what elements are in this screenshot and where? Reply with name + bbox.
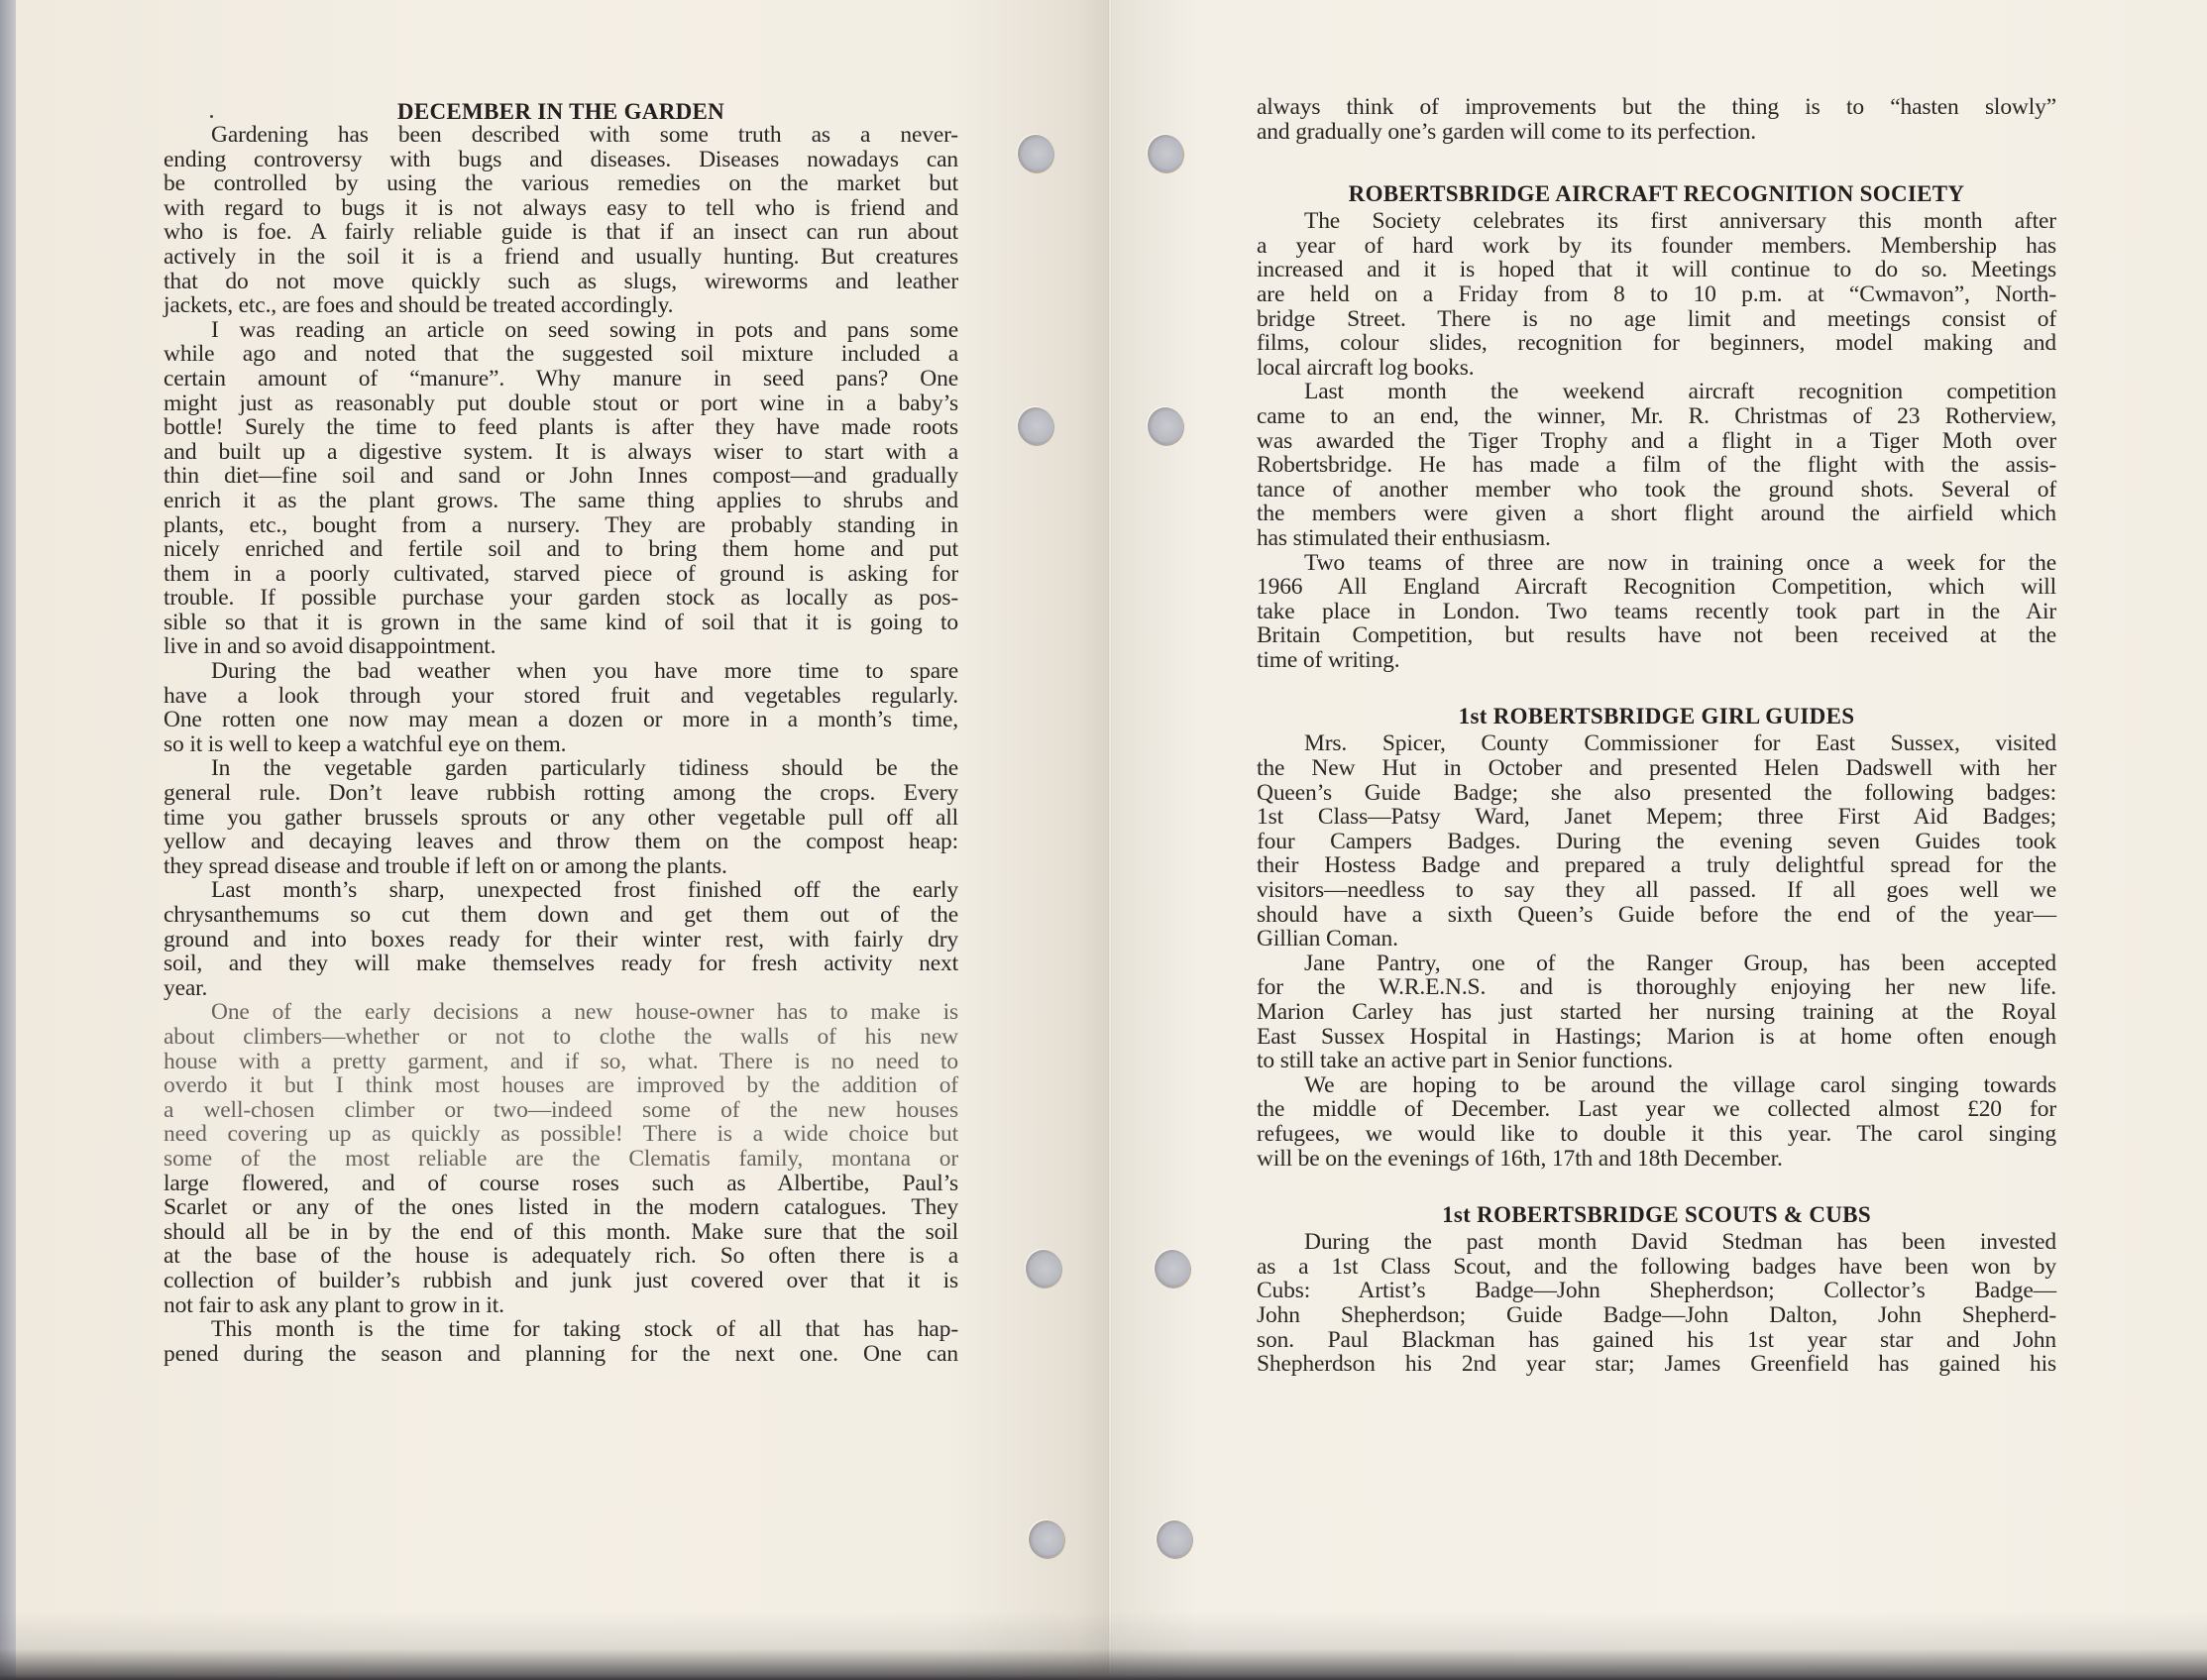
text-line: chrysanthemums so cut them down and get … xyxy=(164,903,958,928)
text-line: time you gather brussels sprouts or any … xyxy=(164,806,958,831)
text-line: 1966 All England Aircraft Recognition Co… xyxy=(1257,575,2056,600)
section-heading: 1st ROBERTSBRIDGE SCOUTS & CUBS xyxy=(1257,1200,2056,1230)
text-line: refugees, we would like to double it thi… xyxy=(1257,1122,2056,1147)
binder-hole-icon xyxy=(1148,135,1183,172)
text-line: pened during the season and planning for… xyxy=(164,1342,958,1367)
paragraph: During the past month David Stedman has … xyxy=(1257,1230,2056,1377)
text-line: should have a sixth Queen’s Guide before… xyxy=(1257,903,2056,928)
text-line: collection of builder’s rubbish and junk… xyxy=(164,1269,958,1293)
text-line: house with a pretty garment, and if so, … xyxy=(164,1050,958,1074)
garden-article-continuation: always think of improvements but the thi… xyxy=(1257,95,2056,144)
paragraph: One of the early decisions a new house-o… xyxy=(164,1000,958,1317)
text-line: Gardening has been described with some t… xyxy=(164,123,958,148)
text-line: to still take an active part in Senior f… xyxy=(1257,1049,2056,1073)
text-line: Cubs: Artist’s Badge—John Shepherdson; C… xyxy=(1257,1279,2056,1303)
text-line: not fair to ask any plant to grow in it. xyxy=(164,1293,958,1318)
text-line: live in and so avoid disappointment. xyxy=(164,634,958,659)
text-line: increased and it is hoped that it will c… xyxy=(1257,258,2056,282)
text-line: a year of hard work by its founder membe… xyxy=(1257,234,2056,259)
text-line: for the W.R.E.N.S. and is thoroughly enj… xyxy=(1257,975,2056,1000)
text-line: and built up a digestive system. It is a… xyxy=(164,440,958,465)
paragraph: I was reading an article on seed sowing … xyxy=(164,318,958,659)
binder-hole-icon xyxy=(1018,135,1053,172)
text-line: year. xyxy=(164,976,958,1001)
text-line: a well-chosen climber or two—indeed some… xyxy=(164,1098,958,1123)
text-line: came to an end, the winner, Mr. R. Chris… xyxy=(1257,404,2056,429)
text-line: some of the most reliable are the Clemat… xyxy=(164,1147,958,1172)
text-line: Jane Pantry, one of the Ranger Group, ha… xyxy=(1257,952,2056,976)
section-aircraft-recognition-society: ROBERTSBRIDGE AIRCRAFT RECOGNITION SOCIE… xyxy=(1257,179,2056,672)
text-line: while ago and noted that the suggested s… xyxy=(164,342,958,367)
paragraph: Two teams of three are now in training o… xyxy=(1257,551,2056,673)
paragraph: We are hoping to be around the village c… xyxy=(1257,1073,2056,1171)
section-heading: ROBERTSBRIDGE AIRCRAFT RECOGNITION SOCIE… xyxy=(1257,179,2056,209)
text-line: enrich it as the plant grows. The same t… xyxy=(164,489,958,513)
text-line: ending controversy with bugs and disease… xyxy=(164,148,958,172)
paragraph: Jane Pantry, one of the Ranger Group, ha… xyxy=(1257,952,2056,1073)
booklet-spread: DECEMBER IN THE GARDEN Gardening has bee… xyxy=(0,0,2207,1680)
text-line: the members were given a short flight ar… xyxy=(1257,502,2056,526)
text-line: their Hostess Badge and prepared a truly… xyxy=(1257,853,2056,878)
text-line: We are hoping to be around the village c… xyxy=(1257,1073,2056,1098)
text-line: During the bad weather when you have mor… xyxy=(164,659,958,684)
text-line: Robertsbridge. He has made a film of the… xyxy=(1257,453,2056,478)
text-line: always think of improvements but the thi… xyxy=(1257,95,2056,120)
text-line: they spread disease and trouble if left … xyxy=(164,854,958,879)
text-line: John Shepherdson; Guide Badge—John Dalto… xyxy=(1257,1303,2056,1328)
paragraph: Gardening has been described with some t… xyxy=(164,123,958,318)
text-line: bridge Street. There is no age limit and… xyxy=(1257,307,2056,332)
text-line: take place in London. Two teams recently… xyxy=(1257,600,2056,624)
text-line: might just as reasonably put double stou… xyxy=(164,392,958,416)
paragraph: The Society celebrates its first anniver… xyxy=(1257,209,2056,380)
text-line: tance of another member who took the gro… xyxy=(1257,478,2056,503)
text-line: large flowered, and of course roses such… xyxy=(164,1172,958,1196)
section-heading: 1st ROBERTSBRIDGE GIRL GUIDES xyxy=(1257,702,2056,731)
scan-edge xyxy=(0,0,16,1680)
text-line: should all be in by the end of this mont… xyxy=(164,1220,958,1245)
text-line: Scarlet or any of the ones listed in the… xyxy=(164,1195,958,1220)
text-line: Shepherdson his 2nd year star; James Gre… xyxy=(1257,1352,2056,1377)
binder-hole-icon xyxy=(1148,407,1183,445)
text-line: actively in the soil it is a friend and … xyxy=(164,245,958,270)
binder-hole-icon xyxy=(1029,1520,1064,1558)
text-line: certain amount of “manure”. Why manure i… xyxy=(164,367,958,392)
binder-hole-icon xyxy=(1155,1250,1190,1288)
book-spine xyxy=(1108,0,1112,1680)
text-line: Last month the weekend aircraft recognit… xyxy=(1257,380,2056,404)
section-scouts-cubs: 1st ROBERTSBRIDGE SCOUTS & CUBS During t… xyxy=(1257,1200,2056,1377)
paragraph: This month is the time for taking stock … xyxy=(164,1317,958,1366)
text-line: East Sussex Hospital in Hastings; Marion… xyxy=(1257,1025,2056,1050)
text-line: need covering up as quickly as possible!… xyxy=(164,1122,958,1147)
text-line: visitors—needless to say they all passed… xyxy=(1257,878,2056,903)
binder-hole-icon xyxy=(1018,407,1053,445)
paragraph: Last month the weekend aircraft recognit… xyxy=(1257,380,2056,550)
text-line: 1st Class—Patsy Ward, Janet Mepem; three… xyxy=(1257,805,2056,830)
text-line: with regard to bugs it is not always eas… xyxy=(164,196,958,221)
article-december-garden: DECEMBER IN THE GARDEN Gardening has bee… xyxy=(164,97,958,1366)
text-line: have a look through your stored fruit an… xyxy=(164,684,958,709)
text-line: Queen’s Guide Badge; she also presented … xyxy=(1257,781,2056,806)
text-line: the New Hut in October and presented Hel… xyxy=(1257,756,2056,781)
text-line: This month is the time for taking stock … xyxy=(164,1317,958,1342)
text-line: plants, etc., bought from a nursery. The… xyxy=(164,513,958,538)
text-line: four Campers Badges. During the evening … xyxy=(1257,830,2056,854)
text-line: about climbers—whether or not to clothe … xyxy=(164,1025,958,1050)
text-line: thin diet—fine soil and sand or John Inn… xyxy=(164,464,958,489)
text-line: and gradually one’s garden will come to … xyxy=(1257,120,2056,145)
paragraph: Mrs. Spicer, County Commissioner for Eas… xyxy=(1257,731,2056,951)
text-line: bottle! Surely the time to feed plants i… xyxy=(164,415,958,440)
text-line: Gillian Coman. xyxy=(1257,927,2056,952)
text-line: be controlled by using the various remed… xyxy=(164,171,958,196)
paragraph: In the vegetable garden particularly tid… xyxy=(164,756,958,878)
text-line: In the vegetable garden particularly tid… xyxy=(164,756,958,781)
text-line: One rotten one now may mean a dozen or m… xyxy=(164,708,958,732)
paragraph: Last month’s sharp, unexpected frost fin… xyxy=(164,878,958,1000)
right-column: always think of improvements but the thi… xyxy=(1257,95,2056,1377)
text-line: local aircraft log books. xyxy=(1257,356,2056,381)
text-line: at the base of the house is adequately r… xyxy=(164,1244,958,1269)
text-line: was awarded the Tiger Trophy and a fligh… xyxy=(1257,429,2056,454)
text-line: Mrs. Spicer, County Commissioner for Eas… xyxy=(1257,731,2056,756)
paragraph: During the bad weather when you have mor… xyxy=(164,659,958,756)
text-line: the middle of December. Last year we col… xyxy=(1257,1097,2056,1122)
scan-bottom-shadow xyxy=(0,1611,2207,1680)
text-line: trouble. If possible purchase your garde… xyxy=(164,586,958,611)
text-line: During the past month David Stedman has … xyxy=(1257,1230,2056,1255)
text-line: time of writing. xyxy=(1257,648,2056,673)
text-line: Two teams of three are now in training o… xyxy=(1257,551,2056,576)
text-line: who is foe. A fairly reliable guide is t… xyxy=(164,220,958,245)
text-line: general rule. Don’t leave rubbish rottin… xyxy=(164,781,958,806)
text-line: yellow and decaying leaves and throw the… xyxy=(164,830,958,854)
text-line: films, colour slides, recognition for be… xyxy=(1257,331,2056,356)
text-line: I was reading an article on seed sowing … xyxy=(164,318,958,343)
text-line: are held on a Friday from 8 to 10 p.m. a… xyxy=(1257,282,2056,307)
binder-hole-icon xyxy=(1157,1520,1192,1558)
binder-hole-icon xyxy=(1026,1250,1061,1288)
text-line: Last month’s sharp, unexpected frost fin… xyxy=(164,878,958,903)
text-line: son. Paul Blackman has gained his 1st ye… xyxy=(1257,1328,2056,1353)
text-line: ground and into boxes ready for their wi… xyxy=(164,928,958,952)
text-line: overdo it but I think most houses are im… xyxy=(164,1073,958,1098)
text-line: them in a poorly cultivated, starved pie… xyxy=(164,562,958,587)
text-line: sible so that it is grown in the same ki… xyxy=(164,611,958,635)
text-line: has stimulated their enthusiasm. xyxy=(1257,526,2056,551)
text-line: so it is well to keep a watchful eye on … xyxy=(164,732,958,757)
text-line: Britain Competition, but results have no… xyxy=(1257,623,2056,648)
text-line: soil, and they will make themselves read… xyxy=(164,952,958,976)
text-line: jackets, etc., are foes and should be tr… xyxy=(164,293,958,318)
text-line: that do not move quickly such as slugs, … xyxy=(164,270,958,294)
section-girl-guides: 1st ROBERTSBRIDGE GIRL GUIDES Mrs. Spice… xyxy=(1257,702,2056,1171)
text-line: nicely enriched and fertile soil and to … xyxy=(164,537,958,562)
text-line: will be on the evenings of 16th, 17th an… xyxy=(1257,1147,2056,1172)
text-line: One of the early decisions a new house-o… xyxy=(164,1000,958,1025)
text-line: Marion Carley has just started her nursi… xyxy=(1257,1000,2056,1025)
text-line: The Society celebrates its first anniver… xyxy=(1257,209,2056,234)
text-line: as a 1st Class Scout, and the following … xyxy=(1257,1255,2056,1280)
